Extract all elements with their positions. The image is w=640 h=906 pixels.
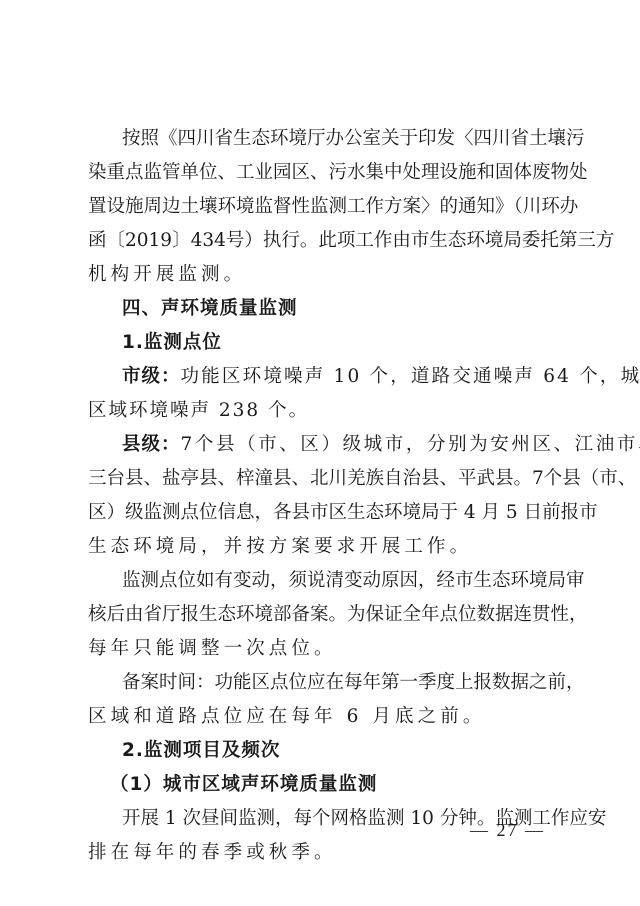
paragraph-line: 区域环境噪声 238 个。: [88, 400, 550, 422]
paragraph-line: 区）级监测点位信息，各县市区生态环境局于 4 月 5 日前报市: [88, 502, 550, 524]
sub-heading: 2.监测项目及频次: [122, 740, 550, 762]
paragraph-line: 监测点位如有变动，须说清变动原因，经市生态环境局审: [122, 570, 550, 592]
section-heading: 四、声环境质量监测: [122, 298, 550, 320]
sub-sub-heading: （1）城市区域声环境质量监测: [110, 774, 572, 796]
paragraph-line: 置设施周边土壤环境监督性监测工作方案〉的通知》（川环办: [88, 196, 550, 218]
paragraph-line: 每年只能调整一次点位。: [88, 638, 550, 660]
paragraph-line: 备案时间：功能区点位应在每年第一季度上报数据之前，: [122, 672, 550, 694]
paragraph-line: 排在每年的春季或秋季。: [88, 842, 550, 864]
page-number: — 27 —: [470, 820, 545, 841]
city-level-label: 市级：: [122, 366, 181, 387]
paragraph-line: 区域和道路点位应在每年 6 月底之前。: [88, 706, 550, 728]
county-level-label: 县级：: [122, 434, 181, 455]
paragraph-line: 按照《四川省生态环境厅办公室关于印发〈四川省土壤污: [122, 128, 550, 150]
county-level-line: 县级：7个县（市、区）级城市，分别为安州区、江油市、: [122, 434, 550, 456]
paragraph-line: 核后由省厅报生态环境部备案。为保证全年点位数据连贯性，: [88, 604, 550, 626]
document-page: 按照《四川省生态环境厅办公室关于印发〈四川省土壤污 染重点监管单位、工业园区、污…: [0, 0, 640, 906]
city-level-line: 市级：功能区环境噪声 10 个，道路交通噪声 64 个，城市: [122, 366, 550, 388]
paragraph-line: 机构开展监测。: [88, 264, 550, 286]
sub-heading: 1.监测点位: [122, 332, 550, 354]
county-level-text: 7个县（市、区）级城市，分别为安州区、江油市、: [181, 434, 640, 455]
paragraph-line: 染重点监管单位、工业园区、污水集中处理设施和固体废物处: [88, 162, 550, 184]
paragraph-line: 生态环境局，并按方案要求开展工作。: [88, 536, 550, 558]
city-level-text: 功能区环境噪声 10 个，道路交通噪声 64 个，城市: [181, 366, 640, 387]
paragraph-line: 三台县、盐亭县、梓潼县、北川羌族自治县、平武县。7个县（市、: [88, 468, 550, 490]
paragraph-line: 函〔2019〕434号）执行。此项工作由市生态环境局委托第三方: [88, 230, 550, 252]
